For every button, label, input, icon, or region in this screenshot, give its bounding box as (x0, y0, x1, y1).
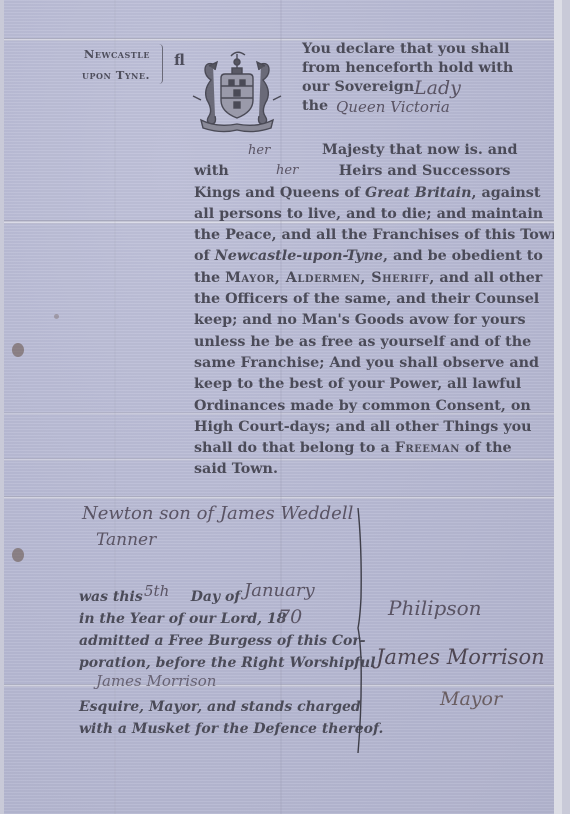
oath-line: withHeirs and Successors (194, 161, 502, 182)
paper-edge (554, 0, 562, 814)
ink-stain (54, 314, 59, 319)
coat-of-arms-icon (187, 50, 287, 134)
heading-brace (159, 44, 163, 84)
oath-line: unless he be as free as yourself and of … (194, 332, 502, 353)
oath-line: said Town. (194, 459, 502, 480)
oath-line: the Officers of the same, and their Coun… (194, 289, 502, 310)
oath-line: Majesty that now is. and (194, 140, 502, 161)
oath-line: You declare that you shall (302, 40, 502, 59)
oath-line: shall do that belong to a Freeman of the (194, 438, 502, 459)
town-line-1: Newcastle (82, 44, 150, 65)
handwritten-year: 70 (278, 606, 302, 628)
handwritten-sovereign-title: Lady (414, 77, 461, 99)
oath-line: the Mayor, Aldermen, Sheriff, and all ot… (194, 268, 502, 289)
admission-line: admitted a Free Burgess of this Cor- (79, 630, 357, 652)
oath-line: Kings and Queens of Great Britain, again… (194, 183, 502, 204)
oath-line: our Sovereign (302, 78, 502, 97)
handwritten-occupation: Tanner (96, 530, 156, 550)
admission-line: was thisDay of (79, 586, 357, 608)
oath-line: of Newcastle-upon-Tyne, and be obedient … (194, 246, 502, 267)
handwritten-mayor-name: James Morrison (96, 672, 216, 690)
oath-body: Majesty that now is. and withHeirs and S… (194, 140, 502, 481)
oath-line: same Franchise; And you shall observe an… (194, 353, 502, 374)
oath-line: Ordinances made by common Consent, on (194, 396, 502, 417)
oath-line: keep; and no Man's Goods avow for yours (194, 310, 502, 331)
town-heading: Newcastle upon Tyne. (82, 44, 150, 86)
fleuron-mark: fl (174, 51, 185, 69)
oath-line: High Court-days; and all other Things yo… (194, 417, 502, 438)
brace-divider (356, 508, 364, 753)
signature-mayor: James Morrison (376, 645, 545, 669)
oath-line: the Peace, and all the Franchises of thi… (194, 225, 502, 246)
oath-line: keep to the best of your Power, all lawf… (194, 374, 502, 395)
signature-clerk: Philipson (388, 596, 482, 620)
ink-stain (12, 548, 24, 562)
handwritten-day: 5th (144, 582, 169, 600)
admission-line: poration, before the Right Worshipful (79, 652, 357, 674)
ink-stain (12, 343, 24, 357)
fold-line (4, 496, 562, 499)
handwritten-freeman-name: Newton son of James Weddell (82, 503, 353, 524)
town-line-2: upon Tyne. (82, 65, 150, 86)
handwritten-month: January (244, 580, 315, 601)
oath-line: all persons to live, and to die; and mai… (194, 204, 502, 225)
signature-mayor-title: Mayor (440, 688, 502, 710)
admission-statement: was thisDay of in the Year of our Lord, … (79, 586, 357, 740)
admission-line: with a Musket for the Defence thereof. (79, 718, 357, 740)
handwritten-sovereign-name: Queen Victoria (336, 98, 450, 116)
admission-line: Esquire, Mayor, and stands charged (79, 696, 357, 718)
oath-line: from henceforth hold with (302, 59, 502, 78)
document-paper: Newcastle upon Tyne. fl (4, 0, 562, 814)
admission-line: in the Year of our Lord, 18 (79, 608, 357, 630)
